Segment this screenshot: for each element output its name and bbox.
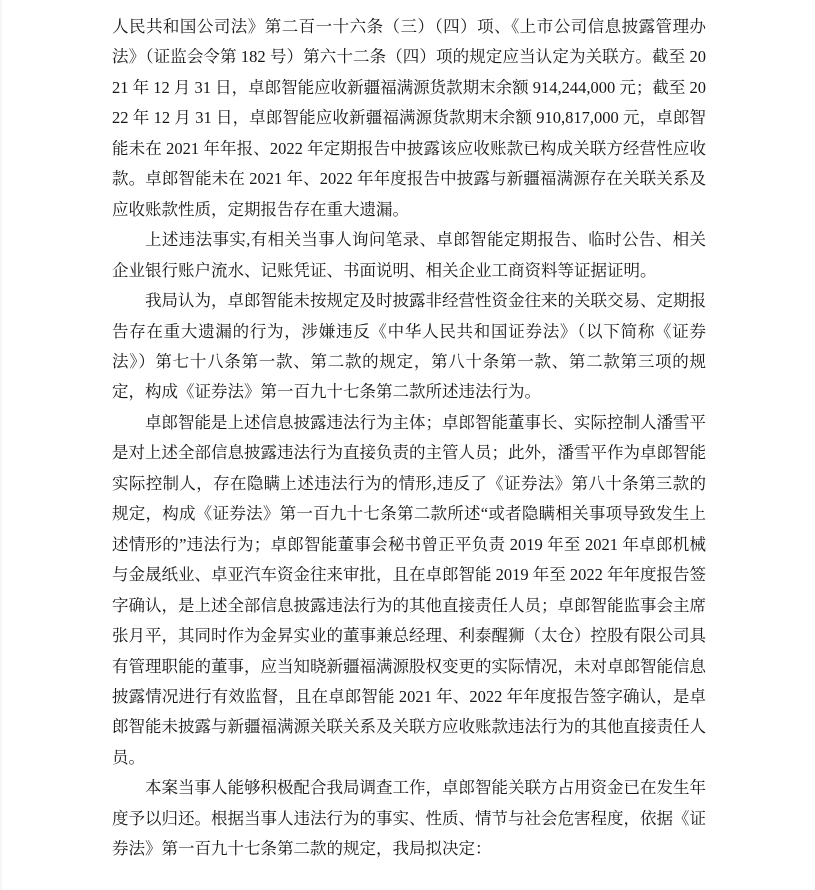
paragraph-evidence-list: 上述违法事实,有相关当事人询问笔录、卓郎智能定期报告、临时公告、相关企业银行账户… <box>112 225 706 286</box>
paragraph-related-party-facts: 人民共和国公司法》第二百一十六条（三）（四）项、《上市公司信息披露管理办法》（证… <box>112 12 706 225</box>
paragraph-legal-finding: 我局认为，卓郎智能未按规定及时披露非经营性资金往来的关联交易、定期报告存在重大遗… <box>112 286 706 408</box>
document-page: 人民共和国公司法》第二百一十六条（三）（四）项、《上市公司信息披露管理办法》（证… <box>0 0 815 890</box>
paragraph-responsible-persons: 卓郎智能是上述信息披露违法行为主体；卓郎智能董事长、实际控制人潘雪平是对上述全部… <box>112 408 706 773</box>
paragraph-decision-intro: 本案当事人能够积极配合我局调查工作，卓郎智能关联方占用资金已在发生年度予以归还。… <box>112 773 706 864</box>
document-body: 人民共和国公司法》第二百一十六条（三）（四）项、《上市公司信息披露管理办法》（证… <box>112 12 706 865</box>
